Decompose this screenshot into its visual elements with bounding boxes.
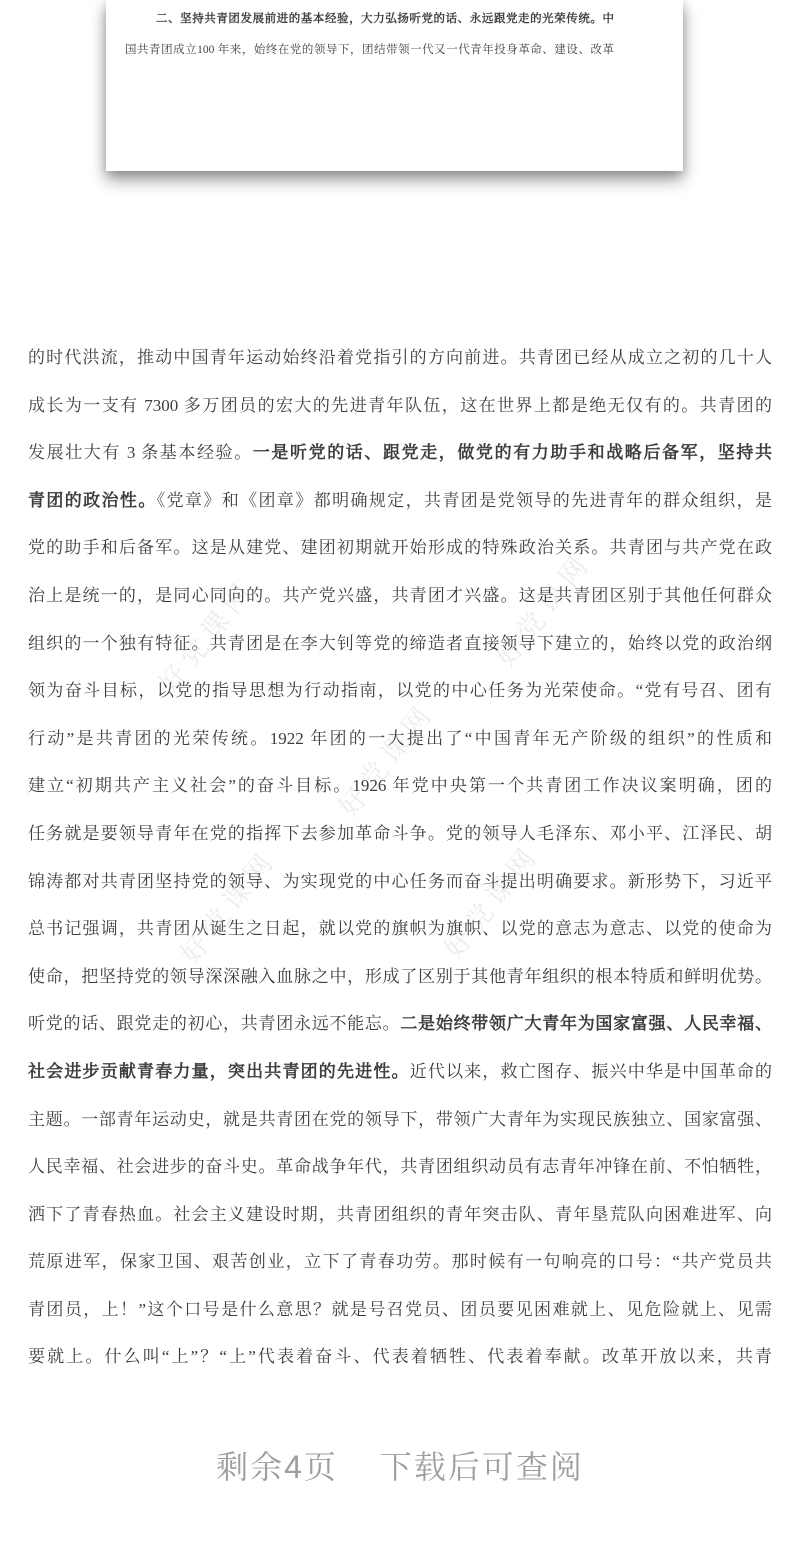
text-segment: 锦涛都对共青团坚持党的领导、为实现党的中心任务而奋斗提出明确要求。新形势下，习近… — [28, 872, 772, 891]
text-line: 成长为一支有 7300 多万团员的宏大的先进青年队伍，这在世界上都是绝无仅有的。… — [28, 382, 772, 430]
text-line: 青团员，上！”这个口号是什么意思？就是号召党员、团员要见困难就上、见危险就上、见… — [28, 1286, 772, 1334]
page-preview-text: 二、坚持共青团发展前进的基本经验，大力弘扬听党的话、永远跟党走的光荣传统。中国共… — [106, 0, 683, 66]
text-segment: 要就上。什么叫“上”？“上”代表着奋斗、代表着牺牲、代表着奉献。改革开放以来，共… — [28, 1347, 772, 1366]
preview-text-line: 国共青团成立100 年来，始终在党的领导下，团结带领一代又一代青年投身革命、建设… — [125, 35, 614, 66]
text-segment: 使命，把坚持党的领导深深融入血脉之中，形成了区别于其他青年组织的根本特质和鲜明优… — [28, 967, 772, 986]
text-line: 洒下了青春热血。社会主义建设时期，共青团组织的青年突击队、青年垦荒队向困难进军、… — [28, 1191, 772, 1239]
preview-text-line: 二、坚持共青团发展前进的基本经验，大力弘扬听党的话、永远跟党走的光荣传统。中 — [125, 4, 614, 35]
text-line: 社会进步贡献青春力量，突出共青团的先进性。近代以来，救亡图存、振兴中华是中国革命… — [28, 1048, 772, 1096]
text-line: 任务就是要领导青年在党的指挥下去参加革命斗争。党的领导人毛泽东、邓小平、江泽民、… — [28, 810, 772, 858]
text-segment: 组织的一个独有特征。共青团是在李大钊等党的缔造者直接领导下建立的，始终以党的政治… — [28, 634, 772, 653]
text-line: 组织的一个独有特征。共青团是在李大钊等党的缔造者直接领导下建立的，始终以党的政治… — [28, 620, 772, 668]
text-segment: 领为奋斗目标，以党的指导思想为行动指南，以党的中心任务为光荣使命。“党有号召、团… — [28, 681, 772, 700]
text-segment: 治上是统一的，是同心同向的。共产党兴盛，共青团才兴盛。这是共青团区别于其他任何群… — [28, 586, 772, 605]
text-segment: 行动”是共青团的光荣传统。1922 年团的一大提出了“中国青年无产阶级的组织”的… — [28, 729, 772, 748]
text-line: 领为奋斗目标，以党的指导思想为行动指南，以党的中心任务为光荣使命。“党有号召、团… — [28, 667, 772, 715]
page-preview-card: 二、坚持共青团发展前进的基本经验，大力弘扬听党的话、永远跟党走的光荣传统。中国共… — [106, 0, 683, 171]
text-line: 总书记强调，共青团从诞生之日起，就以党的旗帜为旗帜、以党的意志为意志、以党的使命… — [28, 905, 772, 953]
text-line: 建立“初期共产主义社会”的奋斗目标。1926 年党中央第一个共青团工作决议案明确… — [28, 762, 772, 810]
text-segment: 青团员，上！”这个口号是什么意思？就是号召党员、团员要见困难就上、见危险就上、见… — [28, 1300, 772, 1319]
text-segment: 发展壮大有 3 条基本经验。 — [28, 443, 253, 462]
text-segment: 荒原进军，保家卫国、艰苦创业，立下了青春功劳。那时候有一句响亮的口号：“共产党员… — [28, 1252, 772, 1271]
text-line: 人民幸福、社会进步的奋斗史。革命战争年代，共青团组织动员有志青年冲锋在前、不怕牺… — [28, 1143, 772, 1191]
remaining-pages-count: 剩余4页 — [216, 1446, 338, 1488]
text-segment: 的时代洪流，推动中国青年运动始终沿着党指引的方向前进。共青团已经从成立之初的几十… — [28, 348, 772, 367]
text-segment: 党的助手和后备军。这是从建党、建团初期就开始形成的特殊政治关系。共青团与共产党在… — [28, 538, 772, 557]
text-line: 治上是统一的，是同心同向的。共产党兴盛，共青团才兴盛。这是共青团区别于其他任何群… — [28, 572, 772, 620]
download-hint: 下载后可查阅 — [380, 1446, 584, 1488]
text-line: 荒原进军，保家卫国、艰苦创业，立下了青春功劳。那时候有一句响亮的口号：“共产党员… — [28, 1238, 772, 1286]
text-line: 使命，把坚持党的领导深深融入血脉之中，形成了区别于其他青年组织的根本特质和鲜明优… — [28, 953, 772, 1001]
document-preview-page: 二、坚持共青团发展前进的基本经验，大力弘扬听党的话、永远跟党走的光荣传统。中国共… — [0, 0, 800, 1549]
document-body-text: 的时代洪流，推动中国青年运动始终沿着党指引的方向前进。共青团已经从成立之初的几十… — [28, 334, 772, 1381]
bold-text-segment: 青团的政治性。 — [28, 491, 157, 510]
bold-text-segment: 二是始终带领广大青年为国家富强、人民幸福、 — [400, 1014, 772, 1033]
text-segment: 任务就是要领导青年在党的指挥下去参加革命斗争。党的领导人毛泽东、邓小平、江泽民、… — [28, 824, 772, 843]
text-segment: 成长为一支有 7300 多万团员的宏大的先进青年队伍，这在世界上都是绝无仅有的。… — [28, 396, 772, 415]
text-line: 青团的政治性。《党章》和《团章》都明确规定，共青团是党领导的先进青年的群众组织，… — [28, 477, 772, 525]
text-segment: 建立“初期共产主义社会”的奋斗目标。1926 年党中央第一个共青团工作决议案明确… — [28, 776, 772, 795]
text-segment: 主题。一部青年运动史，就是共青团在党的领导下，带领广大青年为实现民族独立、国家富… — [28, 1110, 772, 1129]
text-line: 发展壮大有 3 条基本经验。一是听党的话、跟党走，做党的有力助手和战略后备军，坚… — [28, 429, 772, 477]
text-segment: 人民幸福、社会进步的奋斗史。革命战争年代，共青团组织动员有志青年冲锋在前、不怕牺… — [28, 1157, 772, 1176]
text-line: 主题。一部青年运动史，就是共青团在党的领导下，带领广大青年为实现民族独立、国家富… — [28, 1096, 772, 1144]
text-segment: 近代以来，救亡图存、振兴中华是中国革命的 — [410, 1062, 772, 1081]
bold-text-segment: 社会进步贡献青春力量，突出共青团的先进性。 — [28, 1062, 410, 1081]
text-line: 锦涛都对共青团坚持党的领导、为实现党的中心任务而奋斗提出明确要求。新形势下，习近… — [28, 858, 772, 906]
text-line: 要就上。什么叫“上”？“上”代表着奋斗、代表着牺牲、代表着奉献。改革开放以来，共… — [28, 1333, 772, 1381]
text-segment: 洒下了青春热血。社会主义建设时期，共青团组织的青年突击队、青年垦荒队向困难进军、… — [28, 1205, 772, 1224]
text-line: 的时代洪流，推动中国青年运动始终沿着党指引的方向前进。共青团已经从成立之初的几十… — [28, 334, 772, 382]
text-segment: 总书记强调，共青团从诞生之日起，就以党的旗帜为旗帜、以党的意志为意志、以党的使命… — [28, 919, 772, 938]
text-segment: 《党章》和《团章》都明确规定，共青团是党领导的先进青年的群众组织，是 — [157, 491, 772, 510]
text-line: 行动”是共青团的光荣传统。1922 年团的一大提出了“中国青年无产阶级的组织”的… — [28, 715, 772, 763]
text-segment: 听党的话、跟党走的初心，共青团永远不能忘。 — [28, 1014, 400, 1033]
bold-text-segment: 一是听党的话、跟党走，做党的有力助手和战略后备军，坚持共 — [253, 443, 772, 462]
text-line: 党的助手和后备军。这是从建党、建团初期就开始形成的特殊政治关系。共青团与共产党在… — [28, 524, 772, 572]
remaining-pages-notice: 剩余4页 下载后可查阅 — [0, 1446, 800, 1488]
text-line: 听党的话、跟党走的初心，共青团永远不能忘。二是始终带领广大青年为国家富强、人民幸… — [28, 1000, 772, 1048]
